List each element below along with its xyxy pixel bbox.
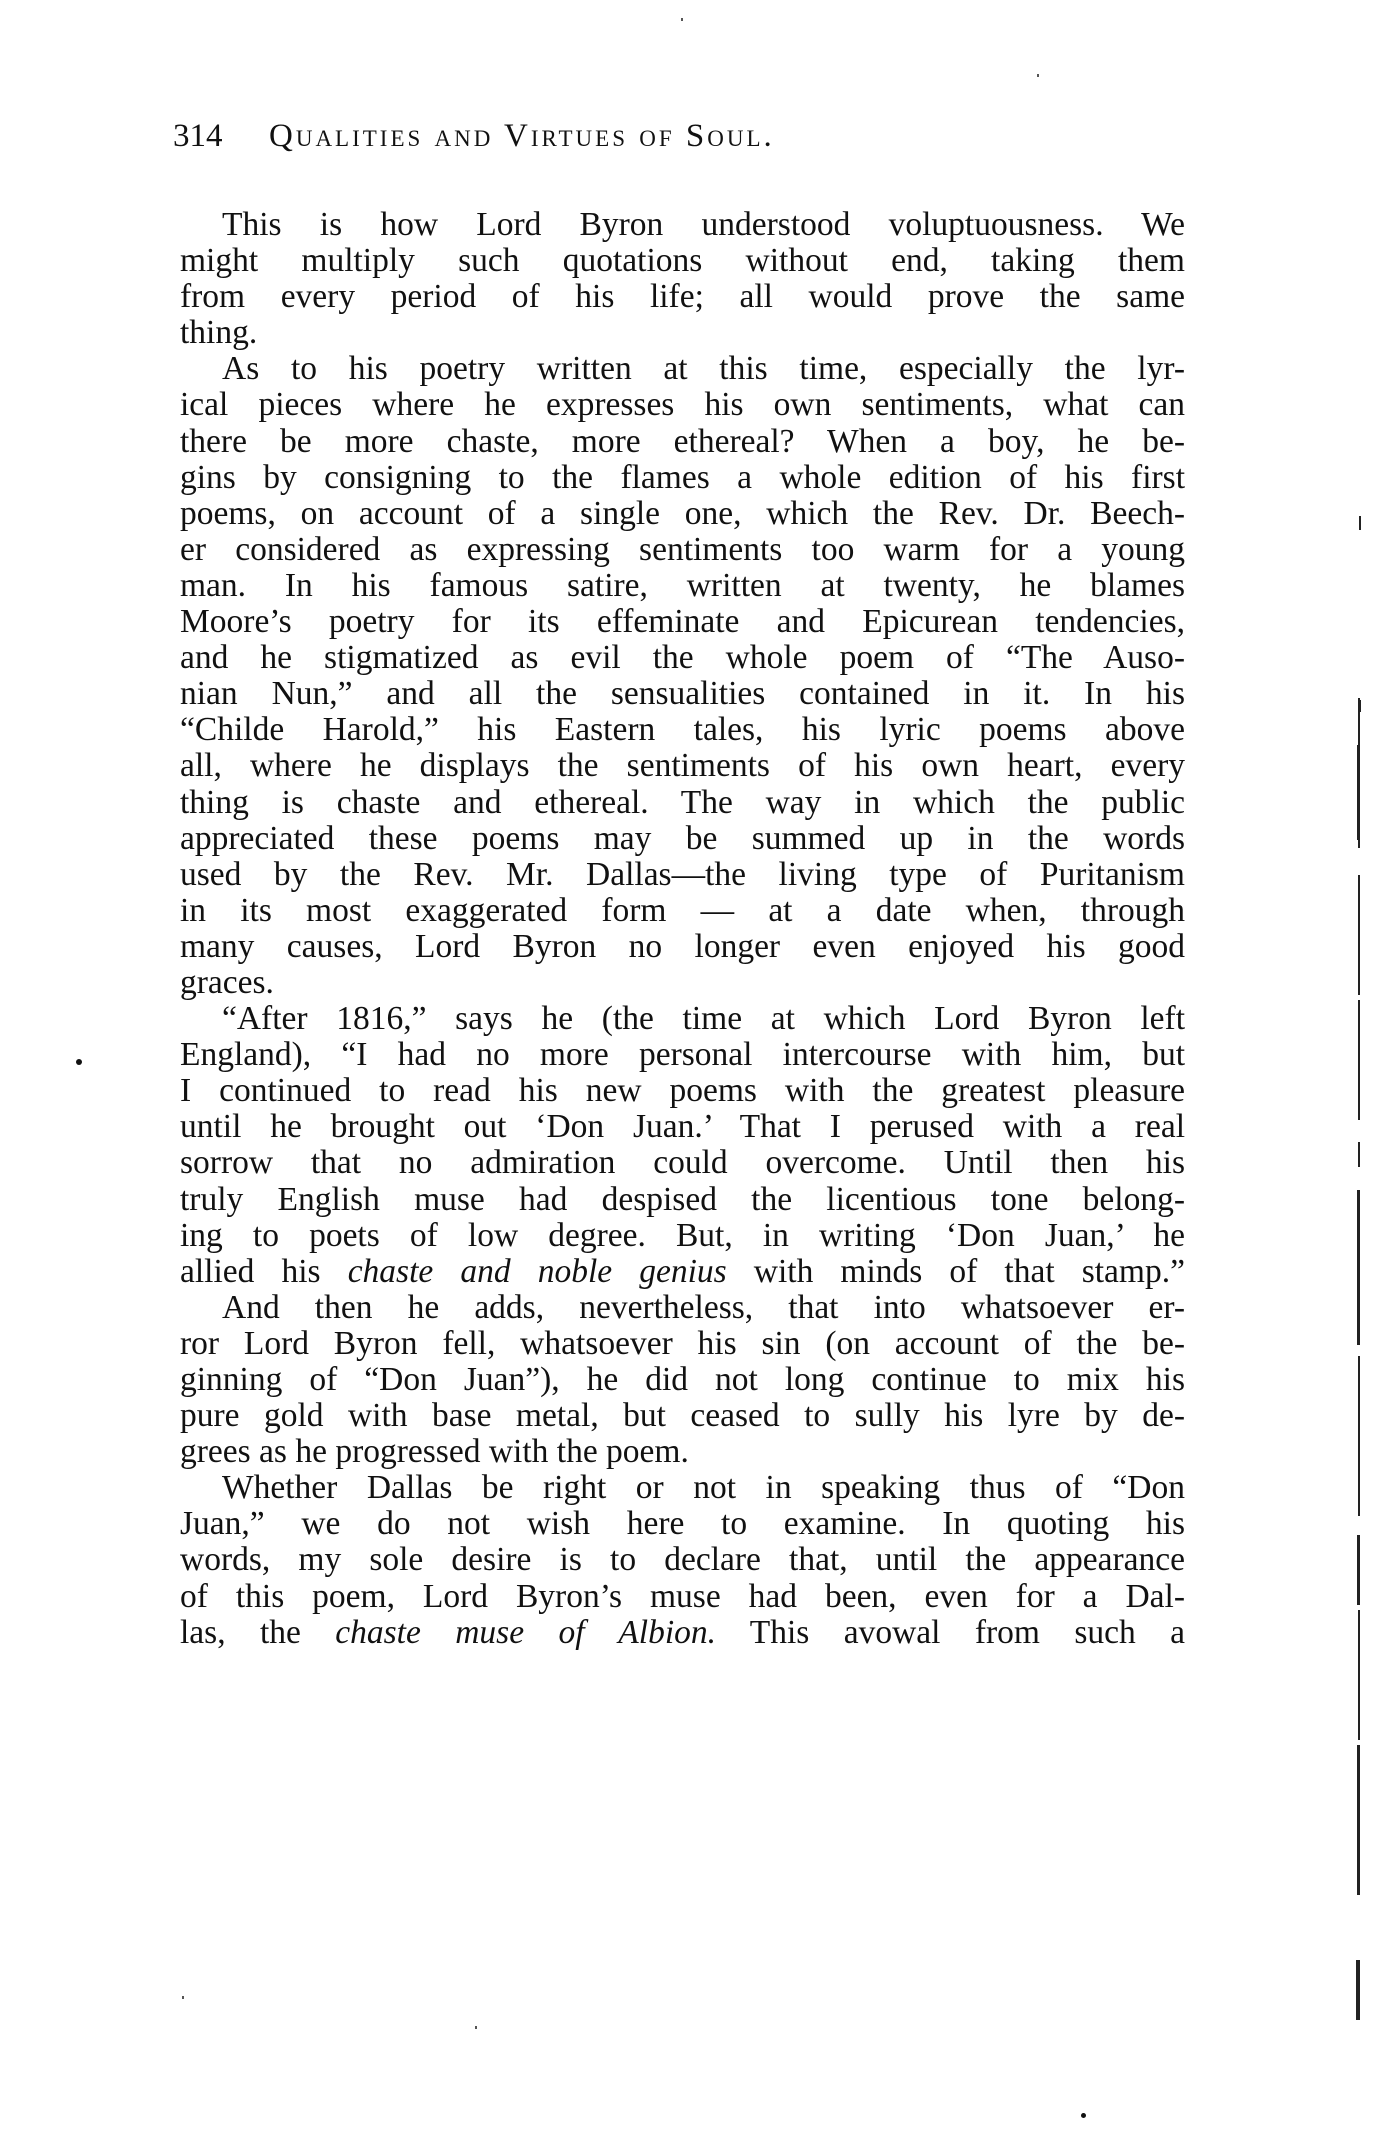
gutter-line [1356, 1960, 1360, 2020]
text-line: Moore’s poetry for its effeminate and Ep… [180, 604, 1185, 640]
text-line: er considered as expressing sentiments t… [180, 532, 1185, 568]
text-line: gins by consigning to the flames a whole… [180, 460, 1185, 496]
text-line: las, the chaste muse of Albion. This avo… [180, 1615, 1185, 1651]
page-number: 314 [173, 118, 269, 155]
gutter-line [1358, 1000, 1360, 1120]
ink-speck [475, 2026, 477, 2029]
text-line: This is how Lord Byron understood volupt… [180, 207, 1185, 243]
book-page: 314Qualities and Virtues of Soul. This i… [0, 0, 1383, 2140]
text-line: there be more chaste, more ethereal? Whe… [180, 424, 1185, 460]
text-line: many causes, Lord Byron no longer even e… [180, 929, 1185, 965]
ink-speck [182, 1996, 184, 1999]
text-run: with minds of that stamp.” [727, 1253, 1185, 1290]
italic-emphasis: chaste and noble genius [348, 1253, 727, 1290]
text-run: las, the [180, 1614, 335, 1651]
text-line: allied his chaste and noble genius with … [180, 1254, 1185, 1290]
text-line: graces. [180, 965, 1185, 1001]
running-title: Qualities and Virtues of Soul. [269, 118, 775, 154]
text-line: used by the Rev. Mr. Dallas—the living t… [180, 857, 1185, 893]
gutter-line [1358, 875, 1360, 995]
gutter-line [1357, 1535, 1360, 1605]
text-line: might multiply such quotations without e… [180, 243, 1185, 279]
text-line: sorrow that no admiration could overcome… [180, 1145, 1185, 1181]
text-run: allied his [180, 1253, 348, 1290]
text-line: As to his poetry written at this time, e… [180, 351, 1185, 387]
gutter-line [1358, 1142, 1360, 1167]
text-line: until he brought out ‘Don Juan.’ That I … [180, 1109, 1185, 1145]
ink-speck [1037, 74, 1039, 77]
text-line: grees as he progressed with the poem. [180, 1434, 1185, 1470]
text-line: ginning of “Don Juan”), he did not long … [180, 1362, 1185, 1398]
text-line: ing to poets of low degree. But, in writ… [180, 1218, 1185, 1254]
gutter-line [1357, 745, 1360, 840]
body-text: This is how Lord Byron understood volupt… [180, 207, 1185, 1651]
text-line: man. In his famous satire, written at tw… [180, 568, 1185, 604]
gutter-line [1358, 1356, 1360, 1516]
text-line: I continued to read his new poems with t… [180, 1073, 1185, 1109]
ink-dot [1081, 2113, 1086, 2118]
text-line: poems, on account of a single one, which… [180, 496, 1185, 532]
text-run: This avowal from such a [716, 1614, 1185, 1651]
ink-speck [681, 18, 683, 21]
italic-emphasis: chaste muse of Albion. [335, 1614, 716, 1651]
text-line: from every period of his life; all would… [180, 279, 1185, 315]
text-line: ror Lord Byron fell, whatsoever his sin … [180, 1326, 1185, 1362]
text-line: “Childe Harold,” his Eastern tales, his … [180, 712, 1185, 748]
text-line: all, where he displays the sentiments of… [180, 748, 1185, 784]
text-line: And then he adds, nevertheless, that int… [180, 1290, 1185, 1326]
text-line: pure gold with base metal, but ceased to… [180, 1398, 1185, 1434]
text-line: England), “I had no more personal interc… [180, 1037, 1185, 1073]
text-line: appreciated these poems may be summed up… [180, 821, 1185, 857]
running-head: 314Qualities and Virtues of Soul. [173, 118, 1173, 158]
text-line: in its most exaggerated form — at a date… [180, 893, 1185, 929]
text-line: nian Nun,” and all the sensualities cont… [180, 676, 1185, 712]
text-line: ical pieces where he expresses his own s… [180, 387, 1185, 423]
text-line: Juan,” we do not wish here to examine. I… [180, 1506, 1185, 1542]
text-line: thing. [180, 315, 1185, 351]
gutter-line [1357, 1745, 1360, 1895]
text-line: “After 1816,” says he (the time at which… [180, 1001, 1185, 1037]
gutter-line [1357, 1190, 1360, 1345]
text-line: of this poem, Lord Byron’s muse had been… [180, 1579, 1185, 1615]
text-line: words, my sole desire is to declare that… [180, 1542, 1185, 1578]
text-line: Whether Dallas be right or not in speaki… [180, 1470, 1185, 1506]
gutter-line [1358, 1610, 1360, 1740]
text-line: truly English muse had despised the lice… [180, 1182, 1185, 1218]
ink-dot [76, 1059, 82, 1065]
gutter-mark [1359, 516, 1361, 530]
text-line: thing is chaste and ethereal. The way in… [180, 785, 1185, 821]
text-line: and he stigmatized as evil the whole poe… [180, 640, 1185, 676]
